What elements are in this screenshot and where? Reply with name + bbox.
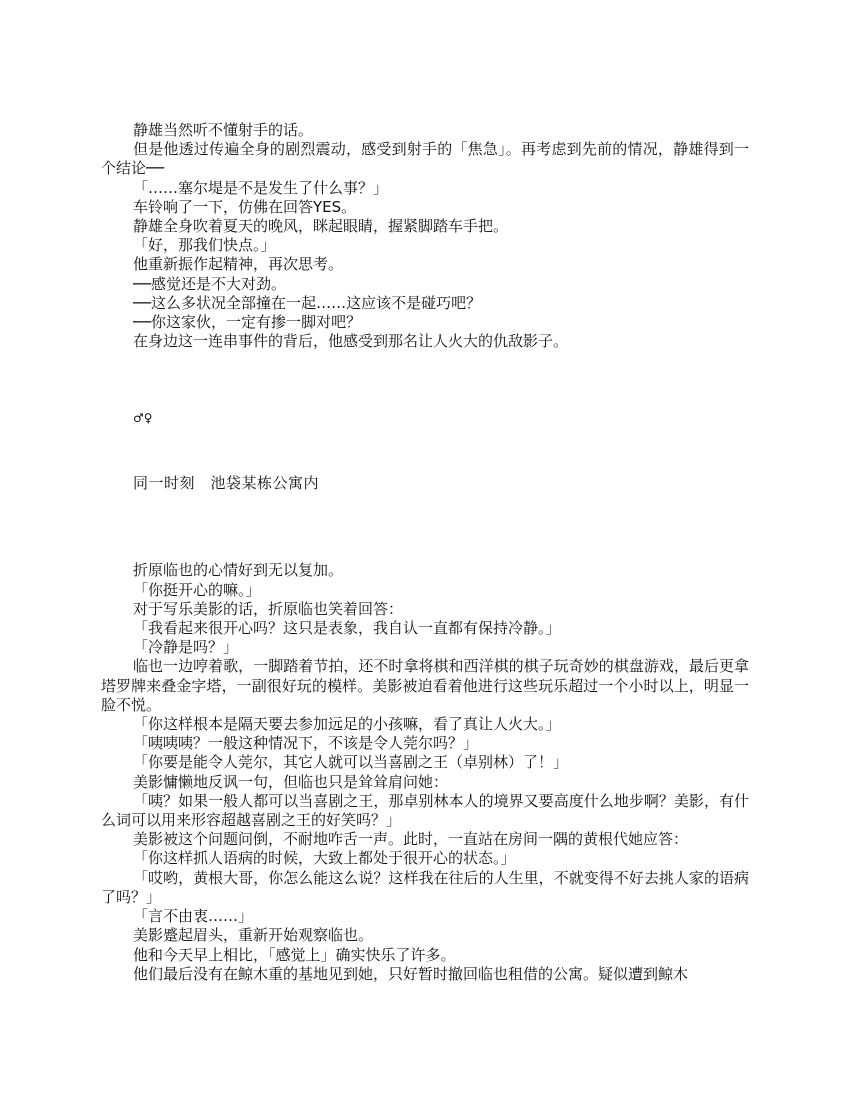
spacer <box>101 428 749 474</box>
paragraph: 临也一边哼着歌，一脚踏着节拍，还不时拿将棋和西洋棋的棋子玩奇妙的棋盘游戏，最后更… <box>101 657 749 715</box>
scene-heading: 同一时刻 池袋某栋公寓内 <box>101 474 749 493</box>
paragraph: 但是他透过传遍全身的剧烈震动，感受到射手的「焦急」。再考虑到先前的情况，静雄得到… <box>101 140 749 178</box>
dialogue-line: 「哎哟，黄根大哥，你怎么能这么说？这样我在往后的人生里，不就变得不好去挑人家的语… <box>101 869 749 907</box>
dialogue-line: 「好，那我们快点。」 <box>101 236 749 255</box>
paragraph: 在身边这一连串事件的背后，他感受到那名让人火大的仇敌影子。 <box>101 332 749 351</box>
paragraph: 美影被这个问题问倒，不耐地咋舌一声。此时，一直站在房间一隅的黄根代她应答： <box>101 830 749 849</box>
dialogue-line: 「我看起来很开心吗？这只是表象，我自认一直都有保持冷静。」 <box>101 619 749 638</box>
paragraph: 折原临也的心情好到无以复加。 <box>101 561 749 580</box>
thought-line: ──你这家伙，一定有掺一脚对吧？ <box>101 313 749 332</box>
paragraph: 静雄全身吹着夏天的晚风，眯起眼睛，握紧脚踏车手把。 <box>101 217 749 236</box>
paragraph: 美影慵懒地反讽一句，但临也只是耸耸肩问她： <box>101 773 749 792</box>
paragraph: 对于写乐美影的话，折原临也笑着回答： <box>101 600 749 619</box>
dialogue-line: 「咦？如果一般人都可以当喜剧之王，那卓别林本人的境界又要高度什么地步啊？美影，有… <box>101 792 749 830</box>
paragraph: 静雄当然听不懂射手的话。 <box>101 121 749 140</box>
thought-line: ──感觉还是不大对劲。 <box>101 275 749 294</box>
dialogue-line: 「咦咦咦？一般这种情况下，不该是令人莞尔吗？」 <box>101 734 749 753</box>
dialogue-line: 「冷静是吗？」 <box>101 638 749 657</box>
paragraph: 他重新振作起精神，再次思考。 <box>101 255 749 274</box>
thought-line: ──这么多状况全部撞在一起……这应该不是碰巧吧？ <box>101 294 749 313</box>
spacer <box>101 351 749 409</box>
dialogue-line: 「言不由衷……」 <box>101 907 749 926</box>
dialogue-line: 「你这样抓人语病的时候，大致上都处于很开心的状态。」 <box>101 849 749 868</box>
dialogue-line: 「你挺开心的嘛。」 <box>101 581 749 600</box>
dialogue-line: 「……塞尔堤是不是发生了什么事？」 <box>101 179 749 198</box>
dialogue-line: 「你这样根本是隔天要去参加远足的小孩嘛，看了真让人火大。」 <box>101 715 749 734</box>
spacer <box>101 493 749 561</box>
paragraph: 美影蹙起眉头，重新开始观察临也。 <box>101 926 749 945</box>
dialogue-line: 「你要是能令人莞尔，其它人就可以当喜剧之王（卓别林）了！」 <box>101 753 749 772</box>
paragraph: 车铃响了一下，仿佛在回答YES。 <box>101 198 749 217</box>
scene-break-symbol-icon: ♂♀ <box>101 409 749 428</box>
document-page: 静雄当然听不懂射手的话。 但是他透过传遍全身的剧烈震动，感受到射手的「焦急」。再… <box>101 121 749 984</box>
paragraph: 他们最后没有在鲸木重的基地见到她，只好暂时撤回临也租借的公寓。疑似遭到鲸木 <box>101 965 749 984</box>
paragraph: 他和今天早上相比，「感觉上」确实快乐了许多。 <box>101 946 749 965</box>
section-shizuo: 静雄当然听不懂射手的话。 但是他透过传遍全身的剧烈震动，感受到射手的「焦急」。再… <box>101 121 749 351</box>
section-izaya: 折原临也的心情好到无以复加。 「你挺开心的嘛。」 对于写乐美影的话，折原临也笑着… <box>101 561 749 983</box>
